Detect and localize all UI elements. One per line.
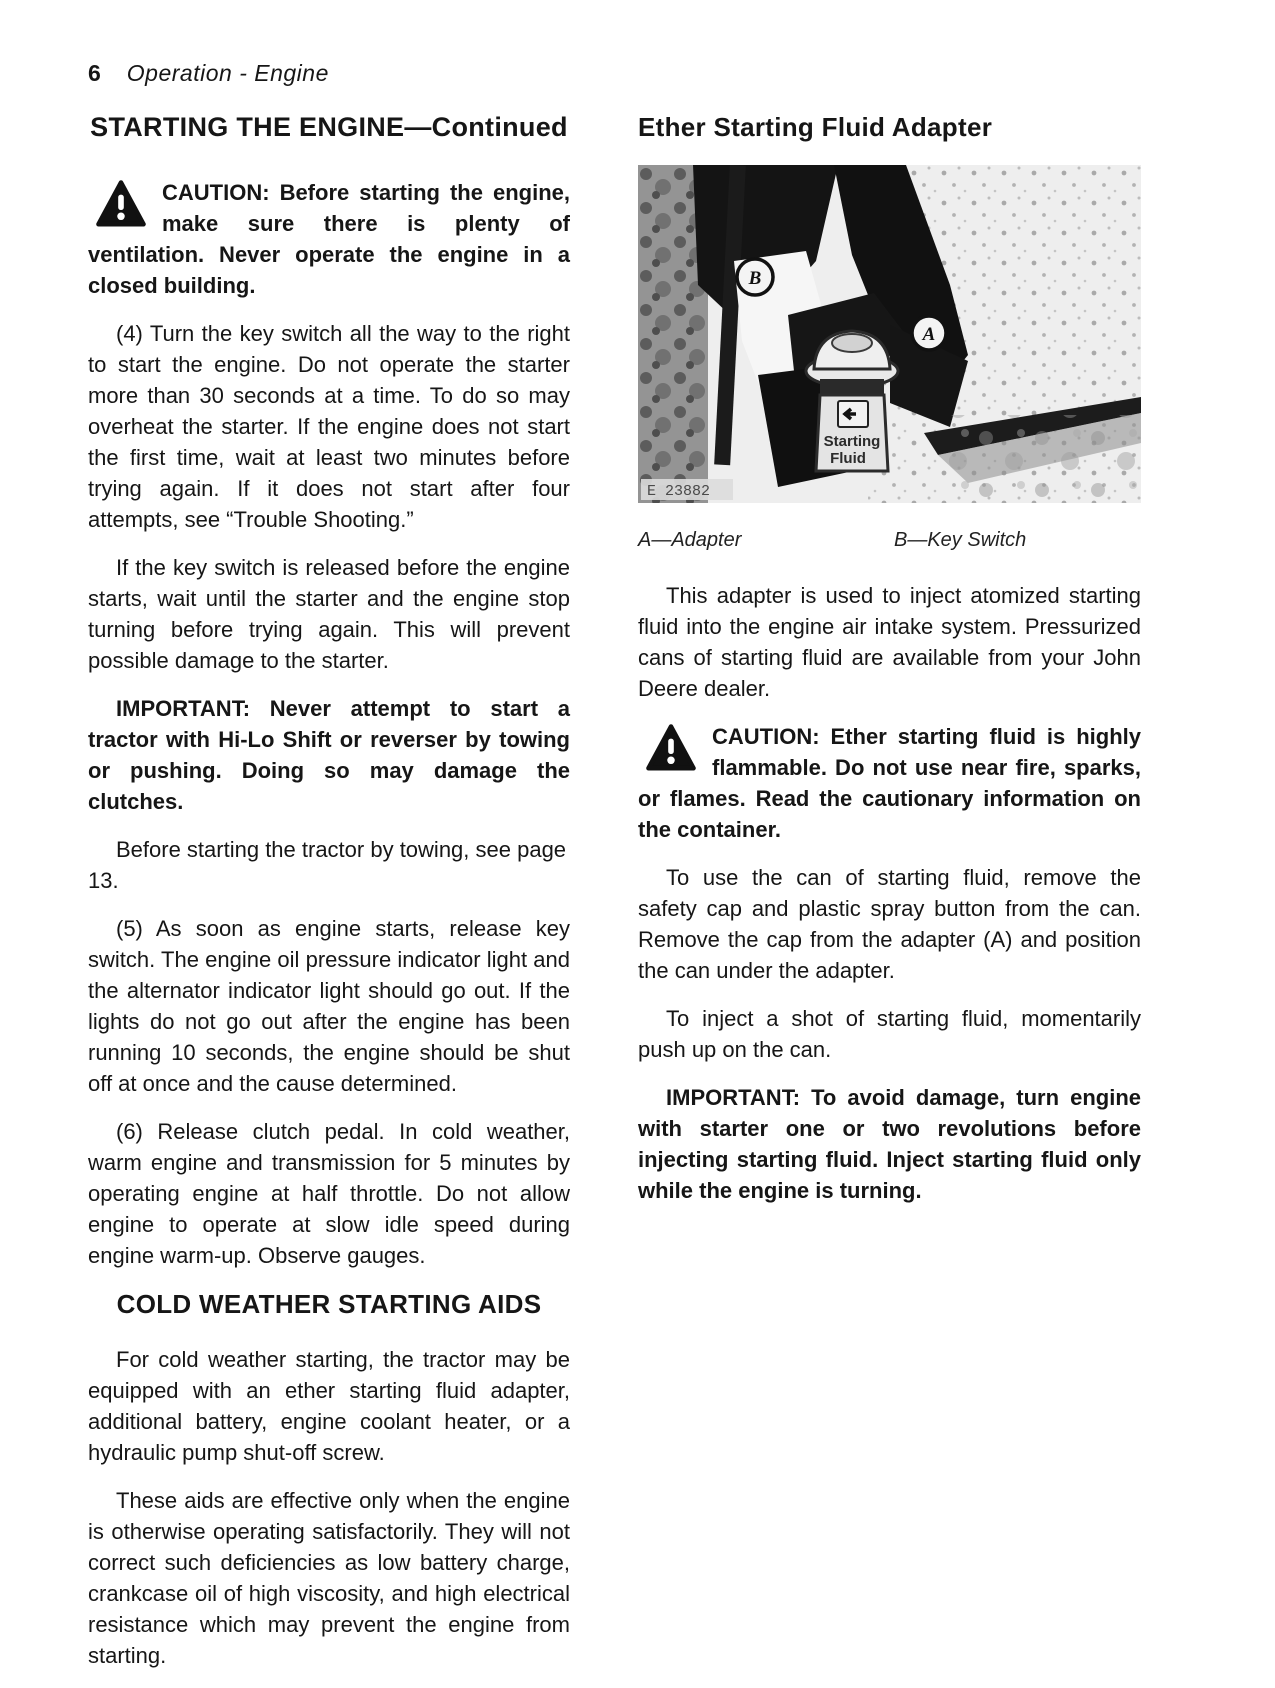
callout-a-letter: A [922,324,936,345]
figure-photo-ether-adapter: Starting Fluid B A E 23882 [638,165,1141,503]
right-column-title: Ether Starting Fluid Adapter [638,112,1141,143]
important-note-inject: IMPORTANT: To avoid damage, turn engine … [638,1082,1141,1206]
page-section-title: Operation - Engine [127,60,329,87]
callout-b: B [737,259,773,295]
photo-id-text: E 23882 [647,483,710,500]
cold-weather-heading: COLD WEATHER STARTING AIDS [88,1289,570,1320]
paragraph-key-release: If the key switch is released before the… [88,552,570,676]
page-header: 6 Operation - Engine [88,60,329,87]
photo-id-plate: E 23882 [641,479,733,500]
warning-triangle-icon [646,724,698,780]
callout-b-letter: B [748,268,762,289]
paragraph-cold-weather-1: For cold weather starting, the tractor m… [88,1344,570,1468]
right-column: Ether Starting Fluid Adapter [638,112,1141,1223]
caption-key-switch: B—Key Switch [894,529,1026,552]
can-label-line1: Starting [824,433,881,450]
paragraph-step-4: (4) Turn the key switch all the way to t… [88,318,570,535]
paragraph-adapter-purpose: This adapter is used to inject atomized … [638,580,1141,704]
left-column-title: STARTING THE ENGINE—Continued [88,112,570,143]
paragraph-step-6: (6) Release clutch pedal. In cold weathe… [88,1116,570,1271]
manual-page: 6 Operation - Engine STARTING THE ENGINE… [0,0,1275,1650]
figure-caption: A—Adapter B—Key Switch [638,529,1141,552]
callout-a: A [912,316,946,350]
can-label-line2: Fluid [830,450,866,467]
page-number: 6 [88,60,101,87]
caution-text: CAUTION: Before starting the engine, mak… [88,180,570,298]
starting-fluid-can: Starting Fluid [806,331,898,471]
caption-adapter: A—Adapter [638,529,894,552]
important-note-towing: IMPORTANT: Never attempt to start a trac… [88,693,570,817]
paragraph-step-5: (5) As soon as engine starts, release ke… [88,913,570,1099]
caution-text: CAUTION: Ether starting fluid is highly … [638,724,1141,842]
paragraph-towing-ref: Before starting the tractor by towing, s… [88,834,570,896]
paragraph-cold-weather-2: These aids are effective only when the e… [88,1485,570,1671]
warning-triangle-icon [96,180,148,236]
paragraph-inject: To inject a shot of starting fluid, mome… [638,1003,1141,1065]
left-column: STARTING THE ENGINE—Continued CAUTION: B… [88,112,570,1688]
paragraph-can-use: To use the can of starting fluid, remove… [638,862,1141,986]
photo-illustration: Starting Fluid B A E 23882 [638,165,1141,503]
caution-block-flammable: CAUTION: Ether starting fluid is highly … [638,721,1141,845]
caution-block-ventilation: CAUTION: Before starting the engine, mak… [88,177,570,301]
